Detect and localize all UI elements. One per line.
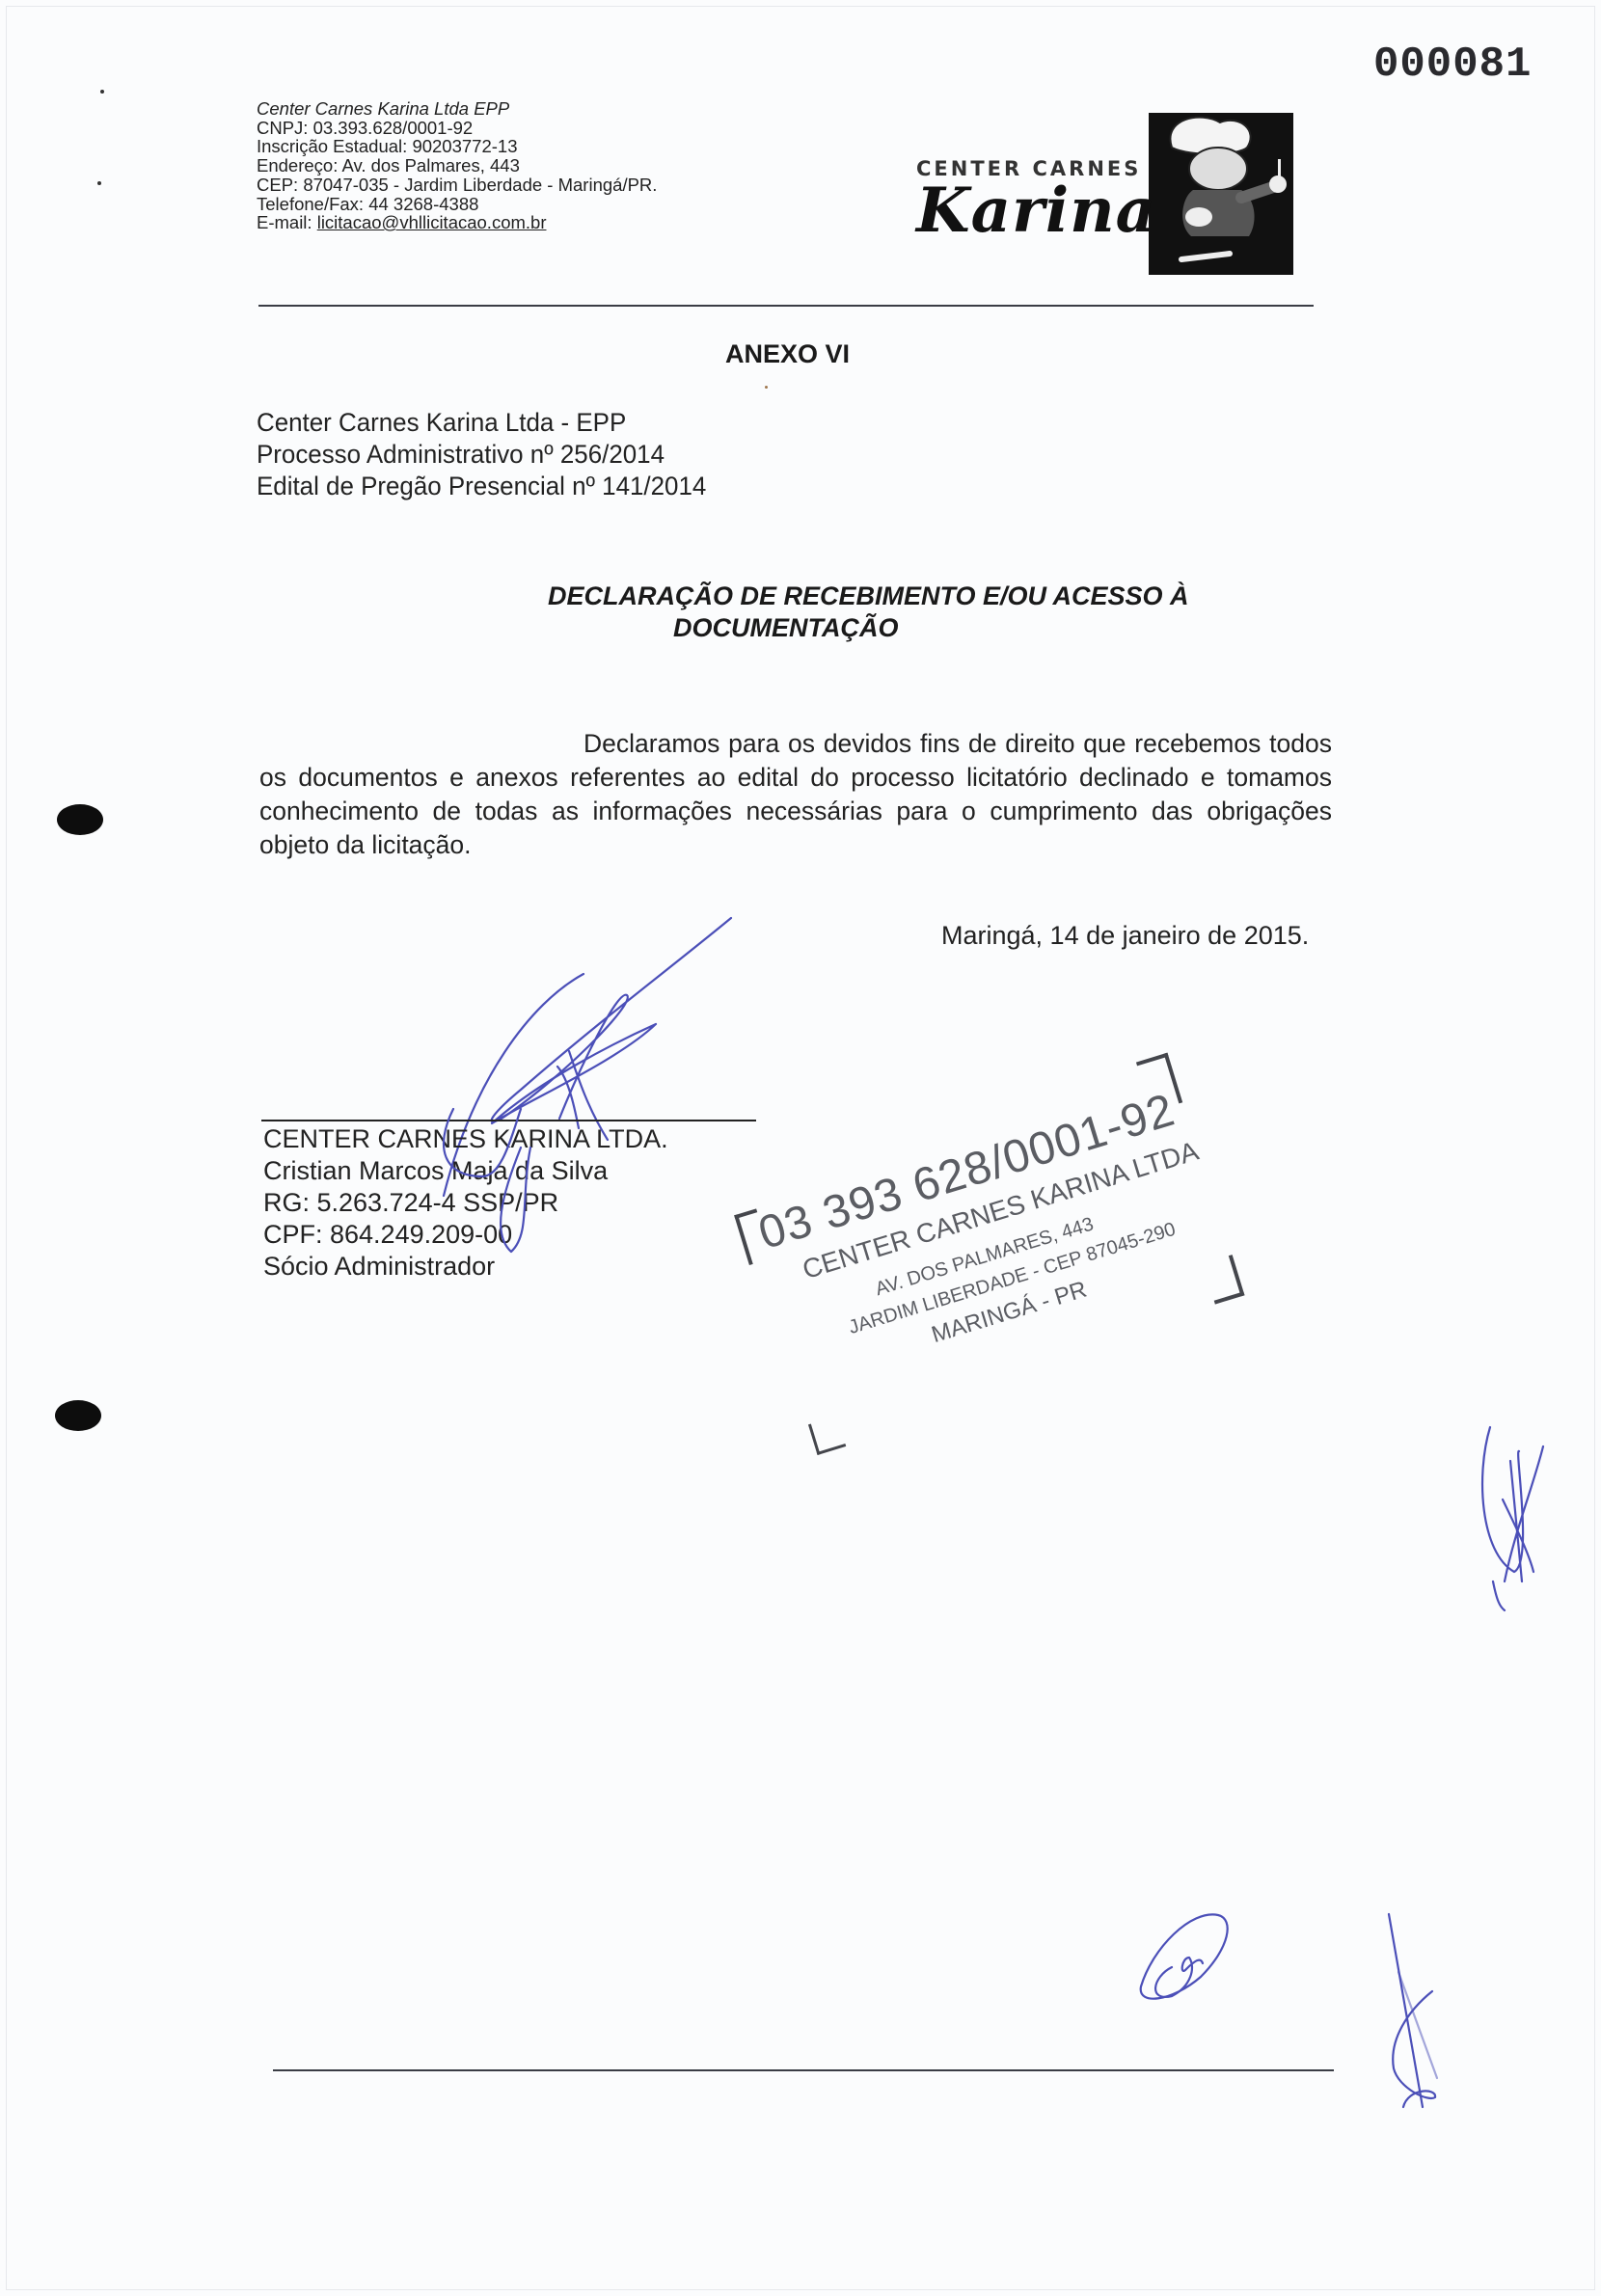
company-cep: CEP: 87047-035 - Jardim Liberdade - Mari…	[257, 176, 657, 195]
company-stamp: 03 393 628/0001-92 CENTER CARNES KARINA …	[714, 1035, 1278, 1458]
footer-line	[273, 2069, 1334, 2071]
signature-overlap-strokes	[424, 1109, 598, 1263]
reference-block: Center Carnes Karina Ltda - EPP Processo…	[257, 407, 706, 502]
logo-text-karina: Karina	[916, 175, 1156, 247]
declaration-body: Declaramos para os devidos fins de direi…	[259, 727, 1332, 862]
declaration-title: DECLARAÇÃO DE RECEBIMENTO E/OU ACESSO À …	[548, 581, 1189, 644]
annex-title: ANEXO VI	[725, 339, 850, 369]
email-label: E-mail:	[257, 212, 317, 232]
declaration-title-line2: DOCUMENTAÇÃO	[548, 612, 1189, 644]
punch-hole-bottom	[55, 1400, 101, 1431]
company-phone: Telefone/Fax: 44 3268-4388	[257, 195, 657, 214]
bottom-rubric-initials	[1133, 1909, 1239, 2015]
page-number: 000081	[1373, 41, 1532, 89]
header-divider	[258, 305, 1314, 307]
dust-speck	[97, 181, 101, 185]
punch-hole-top	[57, 804, 103, 835]
chef-mascot-icon	[1133, 109, 1297, 277]
reference-process: Processo Administrativo nº 256/2014	[257, 439, 706, 471]
dust-speck	[765, 386, 768, 389]
margin-rubric-right	[1476, 1418, 1553, 1610]
company-header: Center Carnes Karina Ltda EPP CNPJ: 03.3…	[257, 99, 657, 232]
company-logo: CENTER CARNES Karina	[911, 109, 1297, 277]
email-link[interactable]: licitacao@vhllicitacao.com.br	[317, 212, 547, 232]
declaration-title-line1: DECLARAÇÃO DE RECEBIMENTO E/OU ACESSO À	[548, 581, 1189, 612]
stamp-corner-bl	[808, 1416, 846, 1455]
bottom-rubric-right	[1379, 1914, 1456, 2117]
company-state-registration: Inscrição Estadual: 90203772-13	[257, 137, 657, 156]
stamp-corner-br	[1203, 1255, 1244, 1304]
company-address: Endereço: Av. dos Palmares, 443	[257, 156, 657, 176]
company-cnpj: CNPJ: 03.393.628/0001-92	[257, 119, 657, 138]
reference-edital: Edital de Pregão Presencial nº 141/2014	[257, 471, 706, 502]
company-name: Center Carnes Karina Ltda EPP	[257, 99, 657, 119]
date-line: Maringá, 14 de janeiro de 2015.	[941, 921, 1309, 951]
dust-speck	[100, 90, 104, 94]
reference-company: Center Carnes Karina Ltda - EPP	[257, 407, 706, 439]
company-email-row: E-mail: licitacao@vhllicitacao.com.br	[257, 213, 657, 232]
